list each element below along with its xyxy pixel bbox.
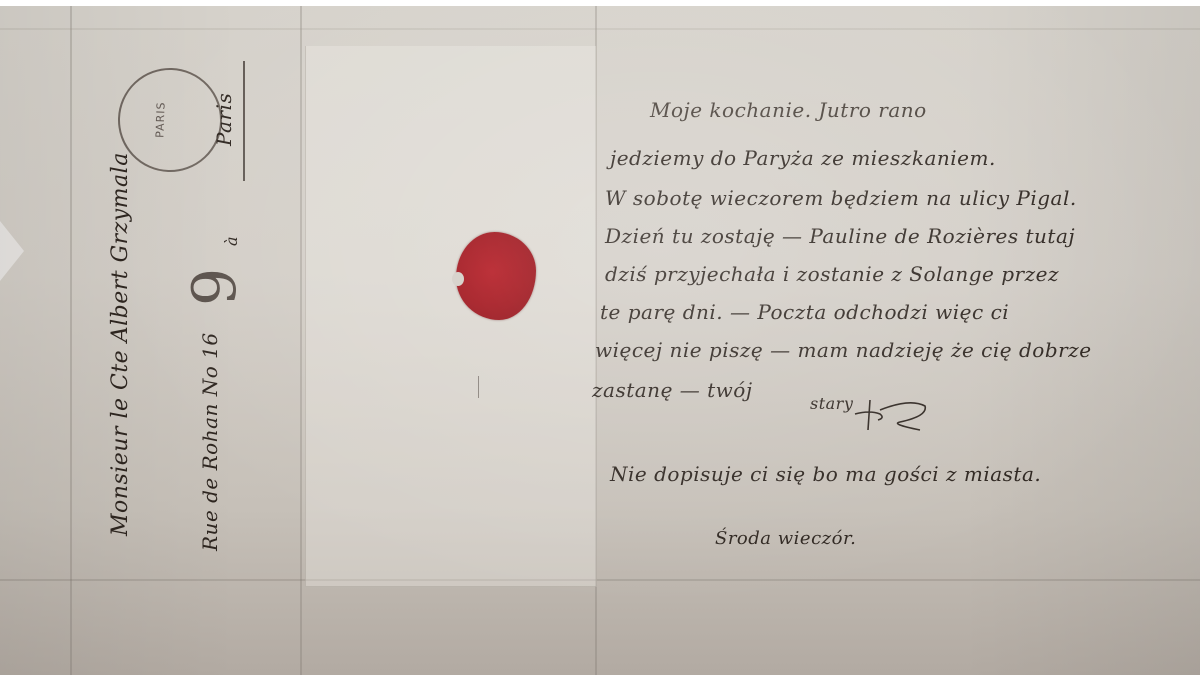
letter-line-5: dziś przyjechała i zostanie z Solange pr… <box>605 262 1059 286</box>
wax-seal <box>456 232 536 320</box>
letter-photograph: PARIS Monsieur le Cte Albert Grzymala Ru… <box>0 6 1200 675</box>
paper-corner-highlight <box>0 221 24 281</box>
letter-closing: stary <box>810 394 853 413</box>
address-line-city: Paris <box>212 93 236 146</box>
letter-line-4: Dzień tu zostaję — Pauline de Rozières t… <box>605 224 1075 248</box>
fold-line-left <box>70 6 72 675</box>
dateline: Środa wieczór. <box>715 528 856 549</box>
letter-line-3: W sobotę wieczorem będziem na ulicy Piga… <box>605 186 1077 210</box>
fold-line-middle-left <box>300 6 302 675</box>
letter-line-2: jedziemy do Paryża ze mieszkaniem. <box>610 146 996 170</box>
letter-line-1: Moje kochanie. Jutro rano <box>650 98 927 122</box>
signature-icon <box>850 392 930 432</box>
address-line-street: Rue de Rohan No 16 <box>198 332 222 551</box>
ink-tick <box>478 376 479 398</box>
address-line-a: à <box>222 236 241 246</box>
address-line-recipient: Monsieur le Cte Albert Grzymala <box>108 152 133 536</box>
inner-flap-panel <box>305 46 597 587</box>
fold-line-top <box>0 28 1200 30</box>
postmark-rule <box>243 61 245 181</box>
letter-line-6: te parę dni. — Poczta odchodzi więc ci <box>600 300 1009 324</box>
letter-line-7: więcej nie piszę — mam nadzieję że cię d… <box>595 338 1092 362</box>
fold-line-bottom <box>0 579 1200 581</box>
letter-line-8: zastanę — twój <box>592 378 753 402</box>
postscript: Nie dopisuje ci się bo ma gości z miasta… <box>610 462 1041 486</box>
postage-mark: 9 <box>180 267 250 306</box>
